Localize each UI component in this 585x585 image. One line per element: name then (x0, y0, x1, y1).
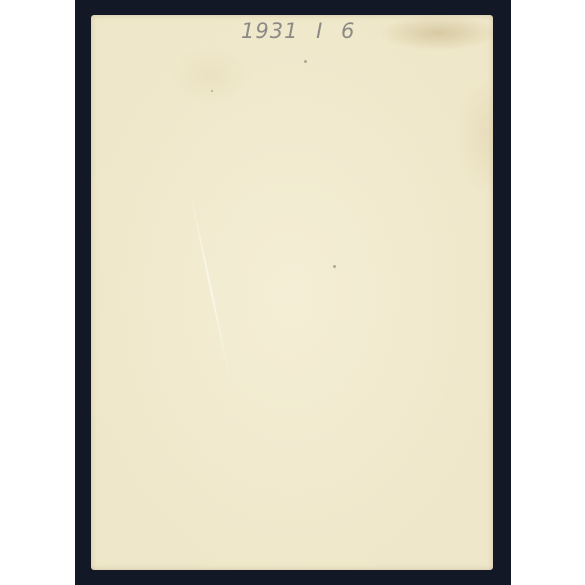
paper-crease (188, 187, 232, 383)
paper-speck (333, 265, 336, 268)
photo-card-back: 1931 I 6 (91, 15, 493, 570)
handwritten-date: 1931 I 6 (241, 19, 355, 43)
paper-speck (211, 90, 213, 92)
paper-speck (304, 60, 307, 63)
photo-scan: 1931 I 6 (0, 0, 585, 585)
